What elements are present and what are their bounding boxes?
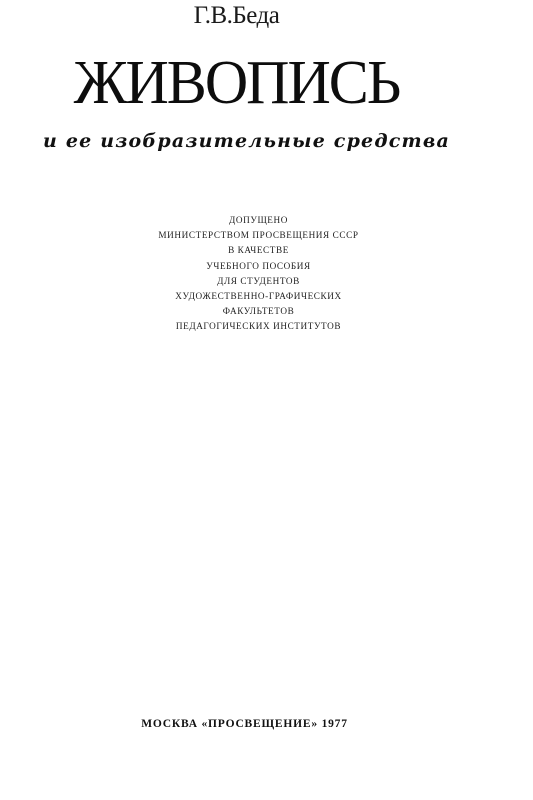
approval-line: ФАКУЛЬТЕТОВ [0,304,525,319]
publisher-imprint: МОСКВА «ПРОСВЕЩЕНИЕ» 1977 [0,718,511,730]
approval-line: В КАЧЕСТВЕ [0,243,525,258]
approval-line: ДЛЯ СТУДЕНТОВ [0,274,525,289]
approval-line: ДОПУЩЕНО [0,213,525,228]
book-title: ЖИВОПИСЬ [0,51,503,114]
book-subtitle: и ее изобразительные средства [0,130,513,152]
approval-line: МИНИСТЕРСТВОМ ПРОСВЕЩЕНИЯ СССР [0,228,525,243]
approval-line: ХУДОЖЕСТВЕННО-ГРАФИЧЕСКИХ [0,289,525,304]
approval-line: ПЕДАГОГИЧЕСКИХ ИНСТИТУТОВ [0,319,525,334]
author-name: Г.В.Беда [0,2,503,30]
approval-line: УЧЕБНОГО ПОСОБИЯ [0,259,525,274]
approval-note: ДОПУЩЕНО МИНИСТЕРСТВОМ ПРОСВЕЩЕНИЯ СССР … [0,213,525,335]
